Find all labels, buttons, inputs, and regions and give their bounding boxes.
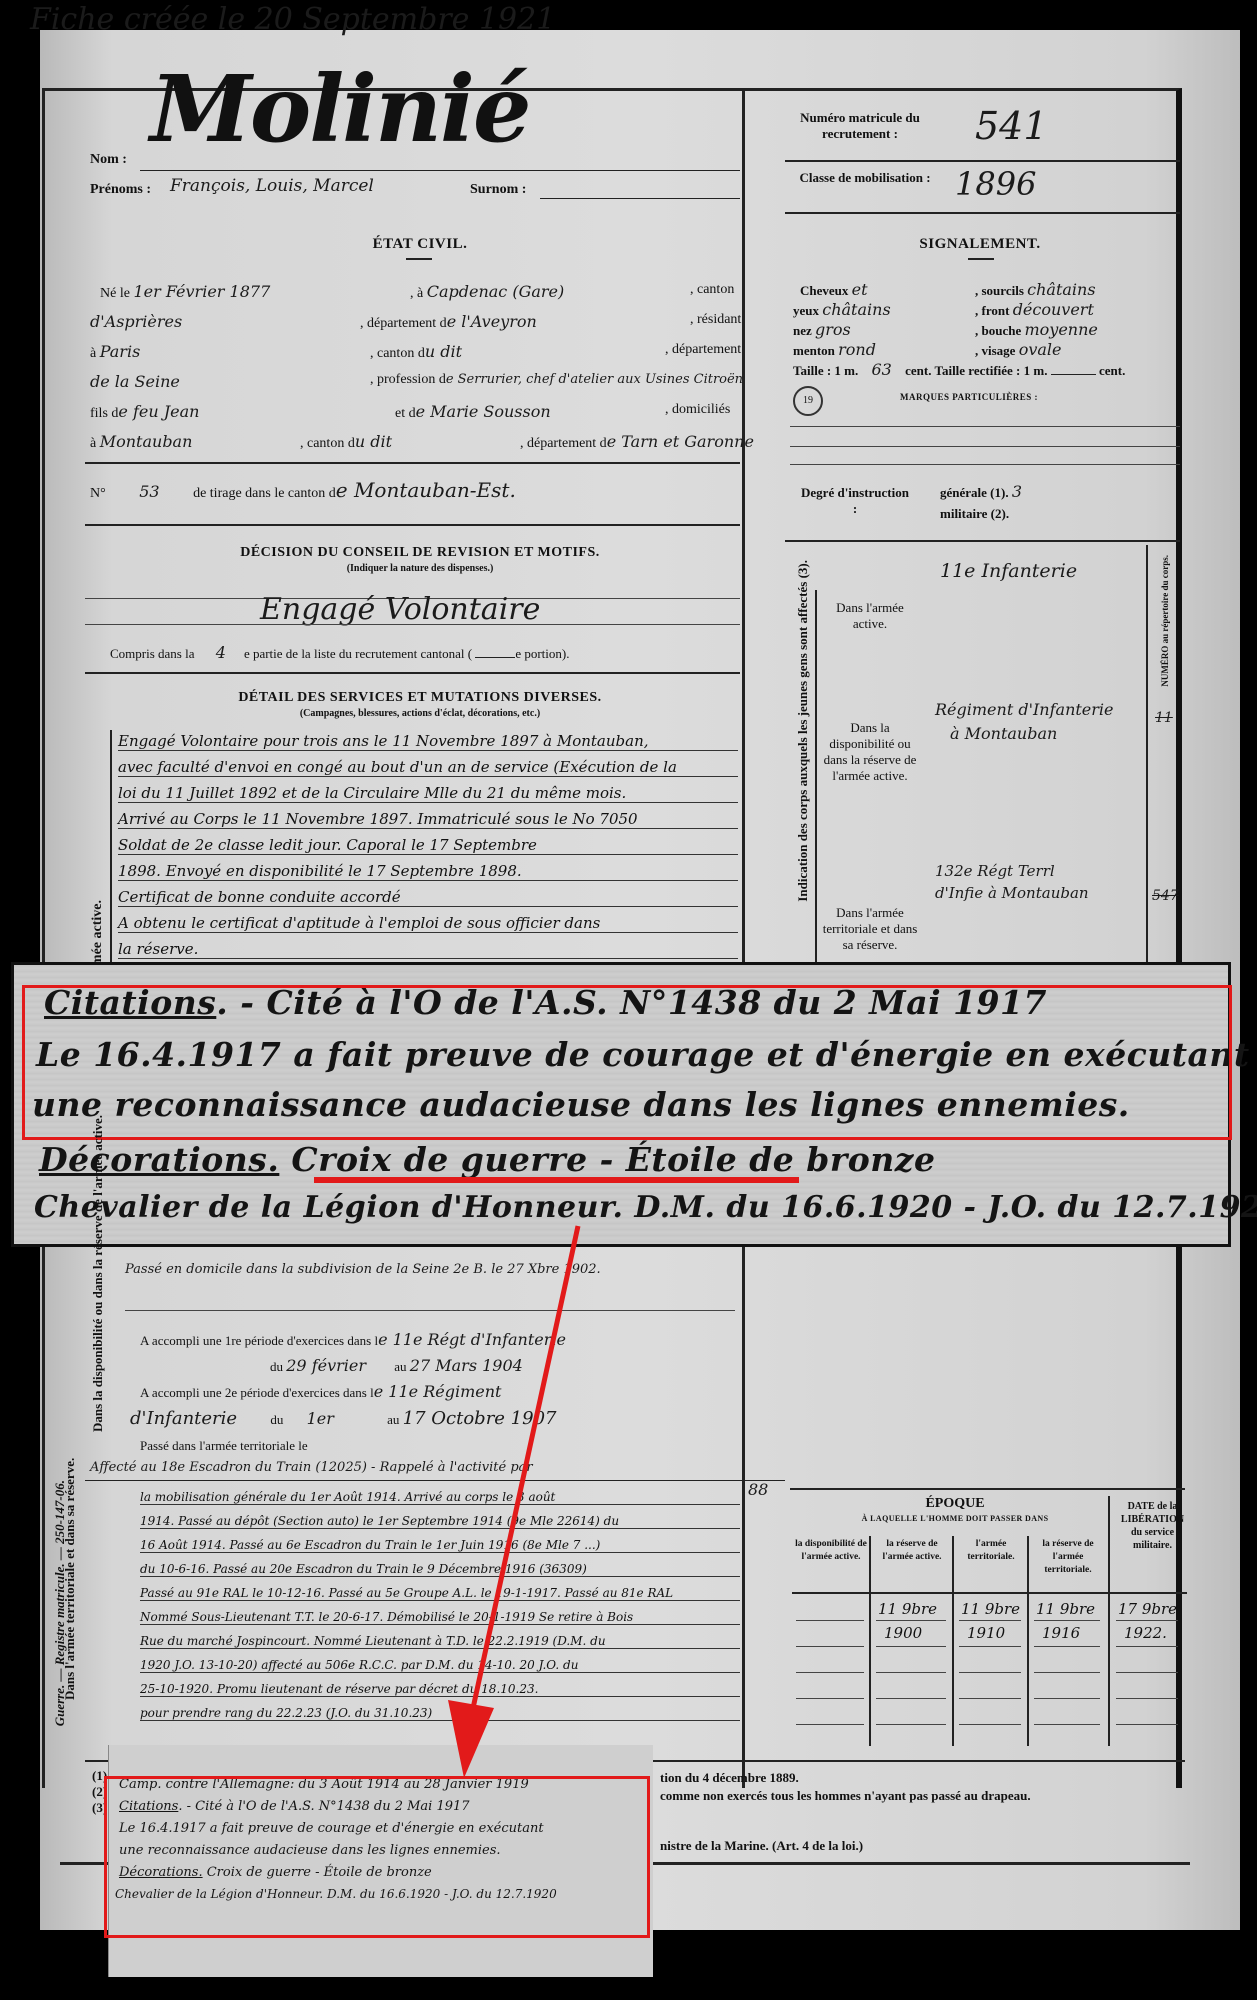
pointer-arrow-icon [0,0,1257,2000]
